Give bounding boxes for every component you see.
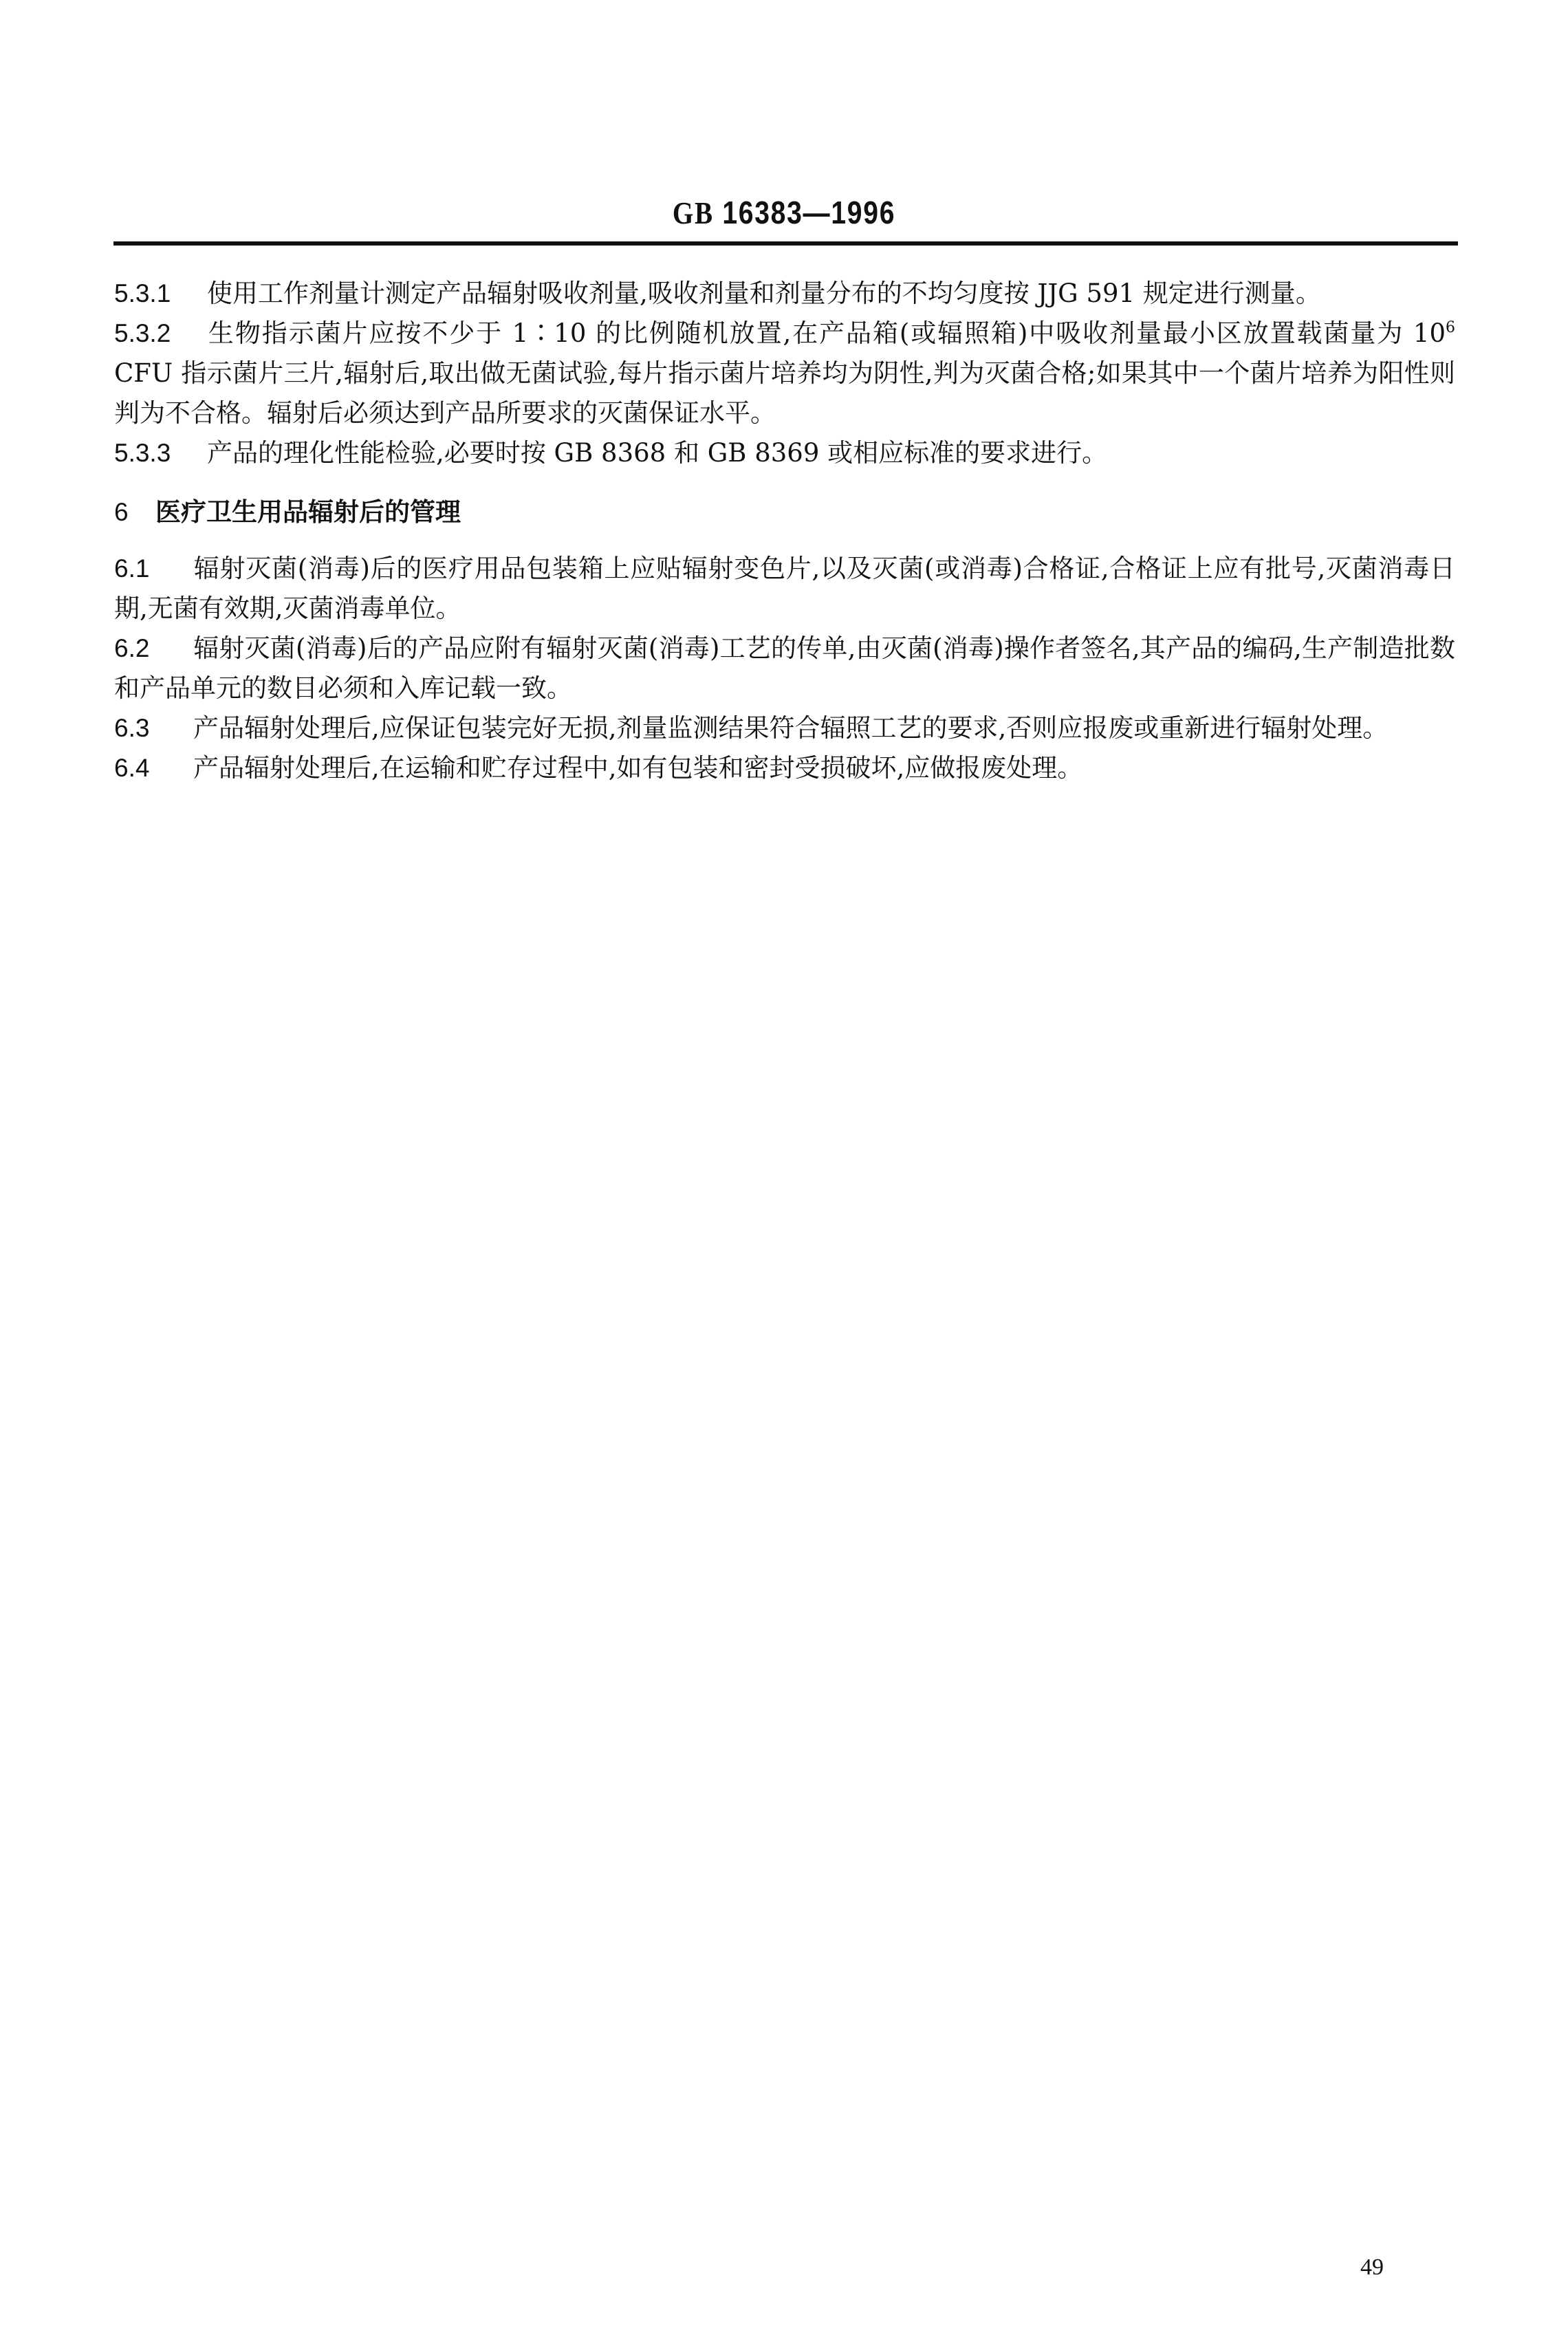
clause-text: 辐射灭菌(消毒)后的产品应附有辐射灭菌(消毒)工艺的传单,由灭菌(消毒)操作者签… [114,633,1455,703]
clause-number: 5.3.2 [114,314,207,354]
clause-number: 5.3.3 [114,433,207,473]
clause-text-part2: CFU 指示菌片三片,辐射后,取出做无菌试验,每片指示菌片培养均为阴性,判为灭菌… [114,358,1455,428]
clause-text: 产品的理化性能检验,必要时按 GB 8368 和 GB 8369 或相应标准的要… [207,438,1107,468]
clause-number: 6.2 [114,629,193,668]
clause-5-3-3: 5.3.3产品的理化性能检验,必要时按 GB 8368 和 GB 8369 或相… [114,433,1455,473]
clause-6-4: 6.4产品辐射处理后,在运输和贮存过程中,如有包装和密封受损破坏,应做报废处理。 [114,748,1455,788]
standard-number: 16383—1996 [722,195,895,230]
clause-text: 辐射灭菌(消毒)后的医疗用品包装箱上应贴辐射变色片,以及灭菌(或消毒)合格证,合… [114,554,1455,623]
clause-text: 产品辐射处理后,应保证包装完好无损,剂量监测结果符合辐照工艺的要求,否则应报废或… [193,713,1388,743]
section-number: 6 [114,492,155,532]
clause-5-3-2: 5.3.2生物指示菌片应按不少于 1∶10 的比例随机放置,在产品箱(或辐照箱)… [114,314,1455,433]
clause-6-1: 6.1辐射灭菌(消毒)后的医疗用品包装箱上应贴辐射变色片,以及灭菌(或消毒)合格… [114,549,1455,629]
clause-6-3: 6.3产品辐射处理后,应保证包装完好无损,剂量监测结果符合辐照工艺的要求,否则应… [114,708,1455,748]
clause-6-2: 6.2辐射灭菌(消毒)后的产品应附有辐射灭菌(消毒)工艺的传单,由灭菌(消毒)操… [114,629,1455,708]
clause-number: 6.1 [114,549,193,589]
header-rule-divider [113,241,1458,246]
clause-number: 6.4 [114,748,193,788]
exponent-superscript: 6 [1446,319,1455,336]
clause-number: 6.3 [114,708,193,748]
document-body: 5.3.1使用工作剂量计测定产品辐射吸收剂量,吸收剂量和剂量分布的不均匀度按 J… [114,274,1455,788]
section-6-heading: 6医疗卫生用品辐射后的管理 [114,492,1455,532]
clause-text: 使用工作剂量计测定产品辐射吸收剂量,吸收剂量和剂量分布的不均匀度按 JJG 59… [207,279,1321,308]
clause-5-3-1: 5.3.1使用工作剂量计测定产品辐射吸收剂量,吸收剂量和剂量分布的不均匀度按 J… [114,274,1455,314]
clause-text: 产品辐射处理后,在运输和贮存过程中,如有包装和密封受损破坏,应做报废处理。 [193,753,1082,783]
clause-text-part1: 生物指示菌片应按不少于 1∶10 的比例随机放置,在产品箱(或辐照箱)中吸收剂量… [207,318,1446,348]
standard-prefix: GB [673,195,714,230]
page-number: 49 [1360,2254,1384,2281]
section-title: 医疗卫生用品辐射后的管理 [155,497,461,527]
standard-code-header: GB 16383—1996 [118,194,1450,231]
clause-number: 5.3.1 [114,274,207,314]
